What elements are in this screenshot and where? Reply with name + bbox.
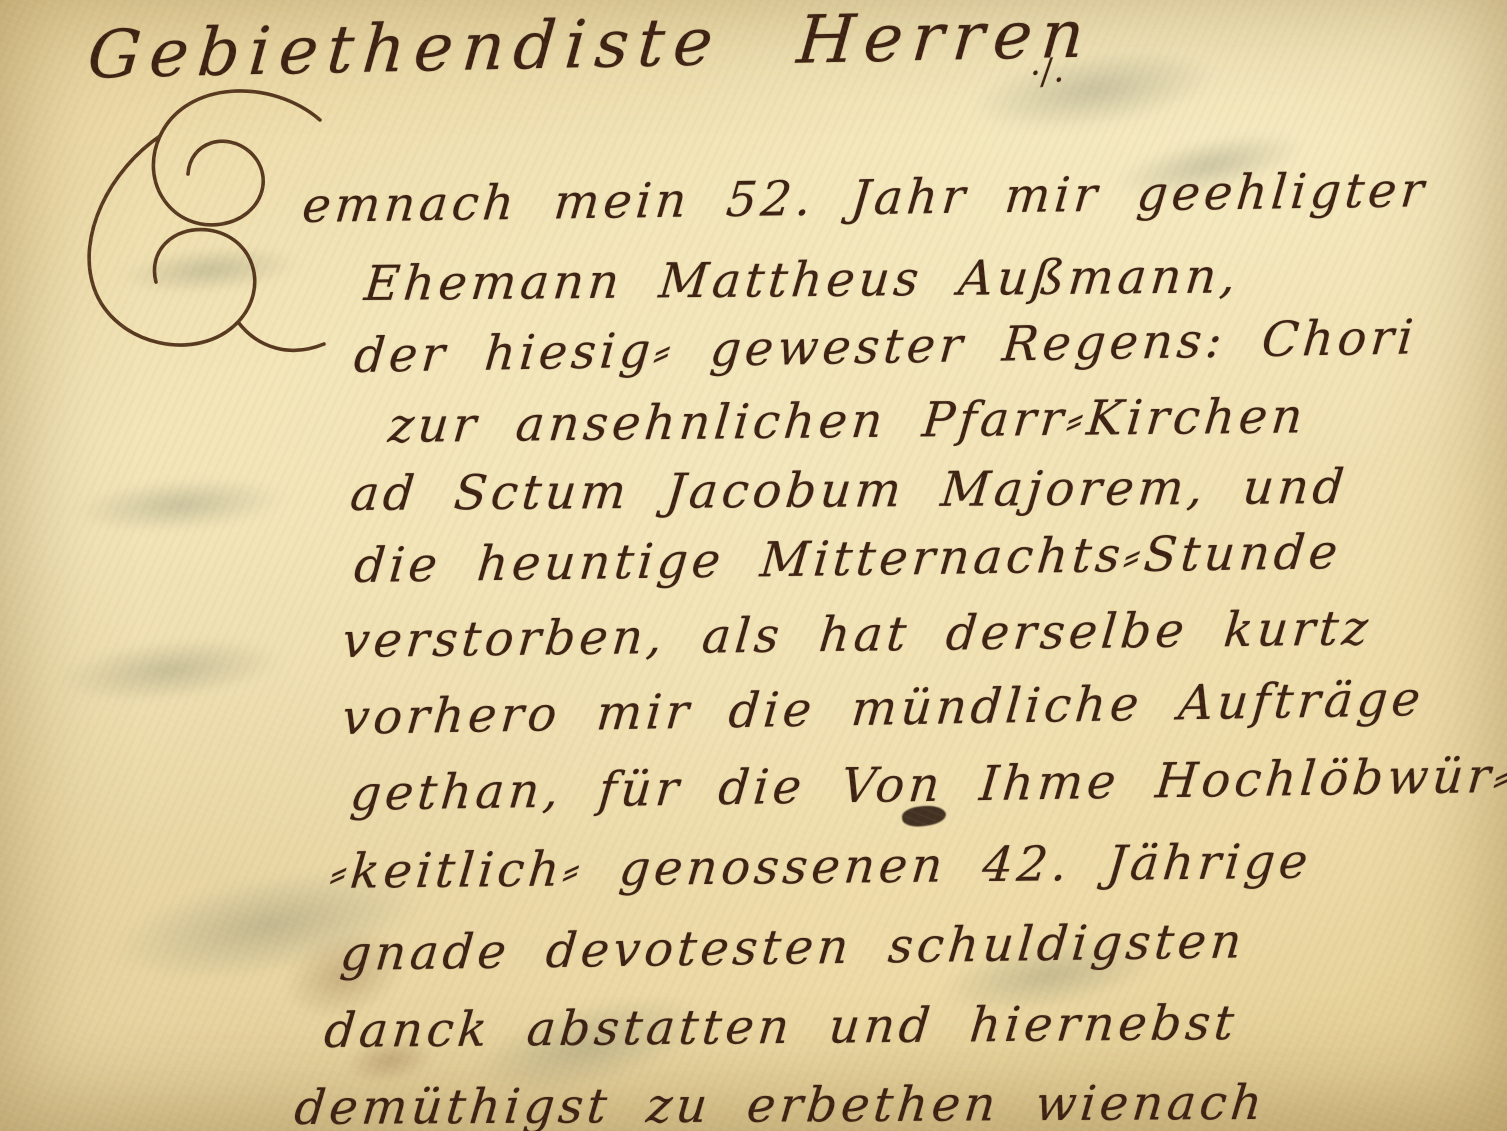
manuscript-line-1: emnach mein 52. Jahr mir geehligter	[300, 162, 1430, 234]
flourish-initial-icon	[62, 86, 342, 386]
etc-flourish-mark: ·/.	[1027, 50, 1065, 94]
bleedthrough-blot	[17, 615, 324, 726]
manuscript-line-10: ⸗keitlich⸗ genossenen 42. Jährige	[328, 834, 1314, 900]
manuscript-line-13: demüthigst zu erbethen wienach	[292, 1075, 1269, 1131]
manuscript-line-4: zur ansehnlichen Pfarr⸗Kirchen	[386, 388, 1309, 454]
manuscript-line-8: vorhero mir die mündliche Aufträge	[340, 671, 1427, 746]
manuscript-line-6: die heuntige Mitternachts⸗Stunde	[352, 524, 1344, 594]
ornamental-initial-d: D	[62, 86, 342, 386]
salutation-line: Gebiethendiste Herren	[85, 0, 1096, 94]
manuscript-line-2: Ehemann Mattheus Außmann,	[362, 248, 1242, 312]
bleedthrough-blot	[38, 460, 322, 549]
manuscript-line-7: verstorben, als hat derselbe kurtz	[340, 600, 1374, 669]
manuscript-line-3: der hiesig⸗ gewester Regens: Chori	[352, 309, 1419, 384]
manuscript-line-5: ad Sctum Jacobum Majorem, und	[348, 459, 1350, 522]
manuscript-page: Gebiethendiste Herren ·/. D emnach mein …	[0, 0, 1507, 1131]
manuscript-line-11: gnade devotesten schuldigsten	[338, 913, 1248, 982]
manuscript-line-12: danck abstatten und hiernebst	[322, 995, 1240, 1059]
